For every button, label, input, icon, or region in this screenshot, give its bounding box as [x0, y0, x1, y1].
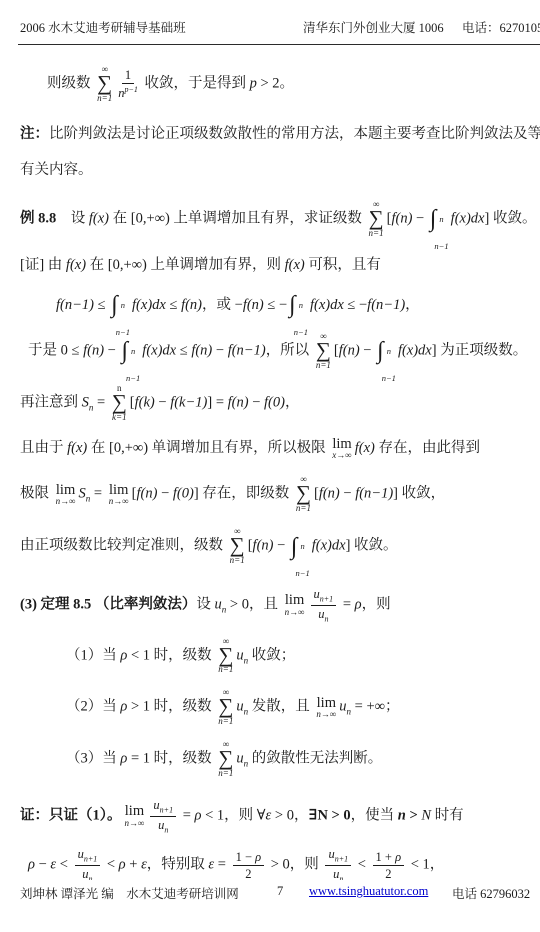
line-ineq-1: f(n−1) ≤ ∫nn−1f(x)dx ≤ f(n)，或 −f(n) ≤ −∫…	[20, 292, 540, 319]
limit-operator: limn→∞	[285, 593, 305, 617]
fraction: un+1un	[311, 587, 337, 623]
line-monotone-limit: 且由于 f(x) 在 [0,+∞) 单调增加且有界，所以极限 limx→∞f(x…	[20, 435, 540, 462]
header-address: 清华东门外创业大厦 1006	[303, 18, 444, 36]
limit-operator: limn→∞	[109, 483, 129, 507]
fraction: 1 − ρ2	[233, 850, 265, 880]
fraction: un+1un	[150, 798, 176, 834]
header-course-title: 2006 水木艾迪考研辅导基础班	[20, 18, 186, 36]
footer-authors: 刘坤林 谭泽光 编 水木艾迪考研培训网	[20, 884, 239, 902]
fraction: un+1un	[325, 847, 351, 880]
line-epsilon-ineq: ρ − ε < un+1un < ρ + ε，特别取 ε = 1 − ρ2 > …	[20, 847, 540, 880]
line-case-1: （1）当 ρ < 1 时，级数 ∞∑n=1un 收敛；	[20, 637, 540, 676]
header-rule	[18, 44, 540, 45]
fraction: un+1un	[75, 847, 101, 880]
document-page: 2006 水木艾迪考研辅导基础班 清华东门外创业大厦 1006 电话：62701…	[0, 0, 540, 932]
line-case-2: （2）当 ρ > 1 时，级数 ∞∑n=1un 发散，且 limn→∞un = …	[20, 688, 540, 727]
sum-operator: ∞∑n=1	[97, 65, 112, 104]
integral-operator: ∫nn−1	[291, 533, 310, 560]
line-case-3: （3）当 ρ = 1 时，级数 ∞∑n=1un 的敛散性无法判断。	[20, 740, 540, 779]
line-example-8-8: 例 8.8 设 f(x) 在 [0,+∞) 上单调增加且有界，求证级数 ∞∑n=…	[20, 200, 540, 239]
line-note-2: 有关内容。	[20, 157, 540, 184]
line-note-1: 注：比阶判敛法是讨论正项级数敛散性的常用方法，本题主要考查比阶判敛法及等价无穷小…	[20, 121, 540, 148]
integral-operator: ∫nn−1	[111, 292, 130, 319]
line-comparison-conclusion: 由正项级数比较判定准则，级数 ∞∑n=1[f(n) − ∫nn−1f(x)dx]…	[20, 527, 540, 566]
limit-operator: limx→∞	[332, 437, 351, 461]
sum-operator: ∞∑n=1	[218, 688, 233, 727]
line-ineq-2: 于是 0 ≤ f(n) − ∫nn−1f(x)dx ≤ f(n) − f(n−1…	[20, 332, 540, 371]
limit-operator: limn→∞	[316, 696, 336, 720]
line-partial-sum: 再注意到 Sn = n∑k=1[f(k) − f(k−1)] = f(n) − …	[20, 384, 540, 423]
footer-phone: 电话 62796032	[452, 884, 530, 902]
page-header: 2006 水木艾迪考研辅导基础班 清华东门外创业大厦 1006 电话：62701…	[0, 18, 540, 40]
sum-operator: ∞∑n=1	[218, 740, 233, 779]
integral-operator: ∫nn−1	[430, 206, 449, 233]
line-limit-exists: 极限 limn→∞Sn = limn→∞[f(n) − f(0)] 存在，即级数…	[20, 475, 540, 514]
footer-page-number: 7	[277, 884, 283, 899]
line-proof-intro: [证] 由 f(x) 在 [0,+∞) 上单调增加有界，则 f(x) 可积，且有	[20, 252, 540, 279]
line-series-conclusion: 则级数 ∞∑n=11np−1 收敛，于是得到 p > 2。	[20, 65, 540, 104]
limit-operator: limn→∞	[125, 804, 145, 828]
fraction: 1 + ρ2	[373, 850, 405, 880]
integral-operator: ∫nn−1	[377, 338, 396, 365]
sum-operator: n∑k=1	[112, 384, 127, 423]
fraction: 1np−1	[118, 68, 138, 101]
footer-website-link[interactable]: www.tsinghuatutor.com	[309, 884, 428, 899]
sum-operator: ∞∑n=1	[369, 200, 384, 239]
sum-operator: ∞∑n=1	[316, 332, 331, 371]
integral-operator: ∫nn−1	[121, 338, 140, 365]
header-phone: 电话：62701055	[462, 18, 540, 36]
sum-operator: ∞∑n=1	[218, 637, 233, 676]
limit-operator: limn→∞	[56, 483, 76, 507]
integral-operator: ∫nn−1	[289, 292, 308, 319]
document-body: 则级数 ∞∑n=11np−1 收敛，于是得到 p > 2。注：比阶判敛法是讨论正…	[20, 50, 540, 880]
page-footer: 刘坤林 谭泽光 编 水木艾迪考研培训网 7 www.tsinghuatutor.…	[0, 884, 540, 906]
sum-operator: ∞∑n=1	[296, 475, 311, 514]
line-theorem-8-5: (3) 定理 8.5 （比率判敛法）设 un > 0，且 limn→∞un+1u…	[20, 587, 540, 623]
sum-operator: ∞∑n=1	[230, 527, 245, 566]
line-proof-ratio: 证：只证（1）。limn→∞un+1un = ρ < 1，则 ∀ε > 0，∃N…	[20, 798, 540, 834]
